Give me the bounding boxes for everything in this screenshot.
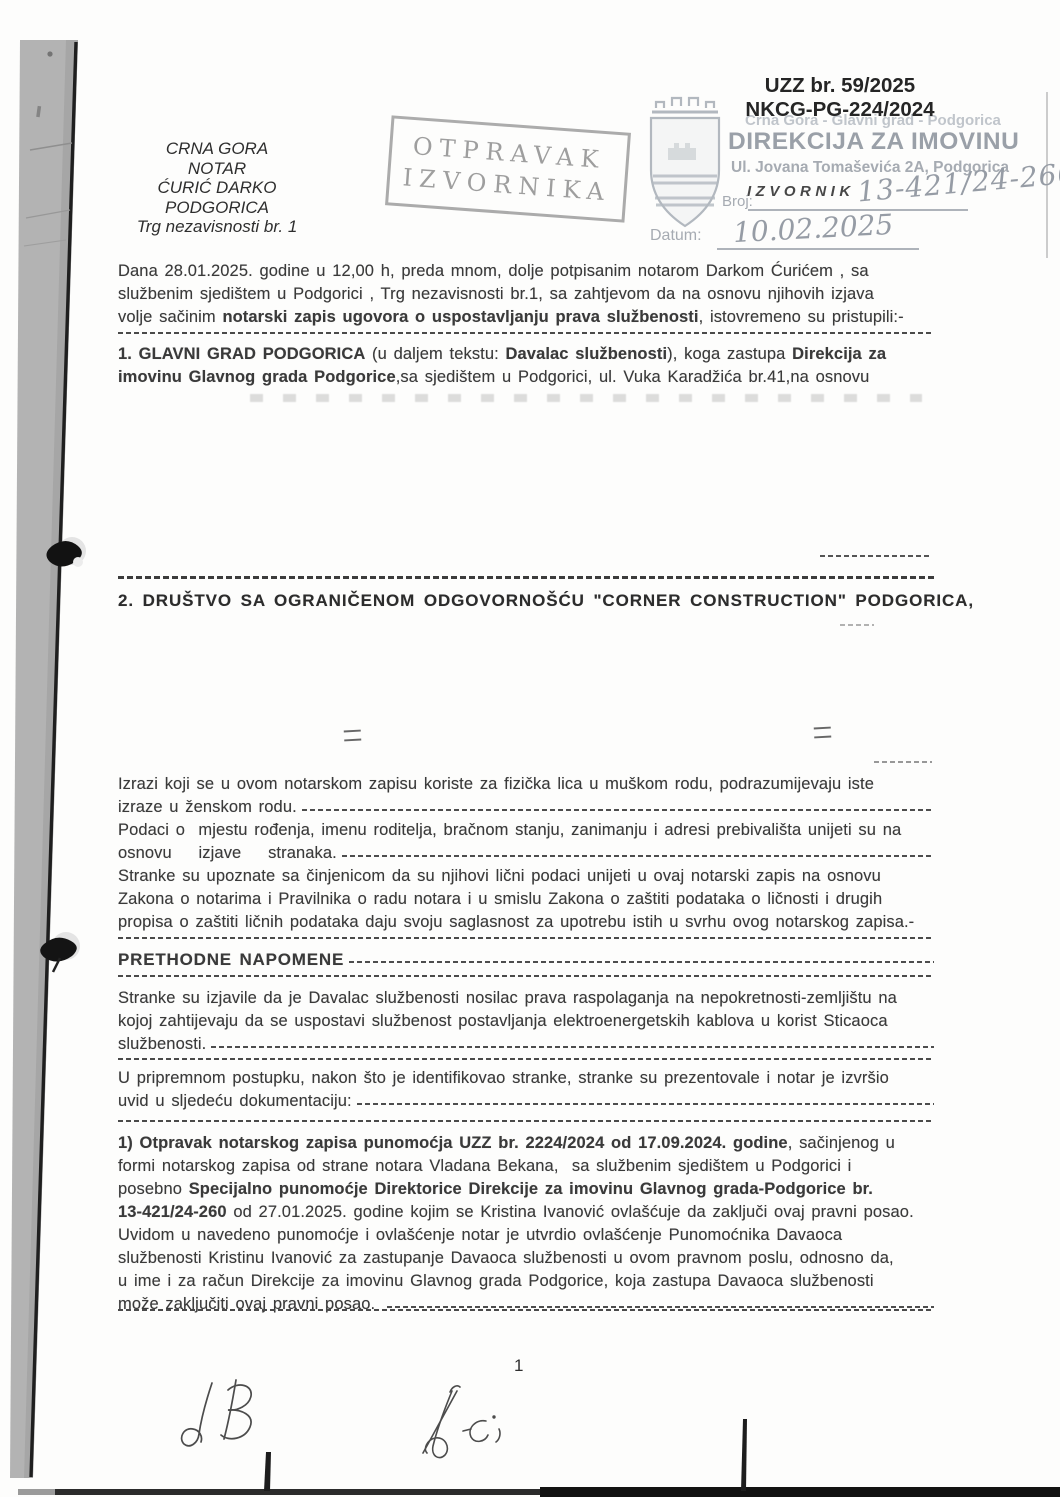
izrazi-line-1: Izrazi koji se u ovom notarskom zapisu k… bbox=[118, 773, 934, 796]
party1-line-2: imovinu Glavnog grada Podgorice,sa sjedi… bbox=[118, 366, 934, 389]
izrazi-line-2: izraze u ženskom rodu. bbox=[118, 796, 934, 819]
podaci-line-2: osnovu izjave stranaka. bbox=[118, 842, 934, 865]
party2-heading: 2. DRUŠTVO SA OGRANIČENOM ODGOVORNOŠĆU "… bbox=[118, 589, 934, 612]
dash-fill bbox=[387, 1306, 934, 1308]
nkcg-number: NKCG-PG-224/2024 bbox=[690, 98, 990, 122]
dok1-line-6: službenosti Kristinu Ivanović za zastupa… bbox=[118, 1247, 934, 1270]
binding-strip-graphic bbox=[10, 40, 78, 1478]
country-name: CRNA GORA bbox=[112, 139, 322, 159]
paragraph-licni-podaci: Stranke su upoznate sa činjenicom da su … bbox=[118, 865, 934, 934]
handwritten-paraph-dc bbox=[423, 1386, 500, 1458]
dok1-line-2: formi notarskog zapisa od strane notara … bbox=[118, 1155, 934, 1178]
podaci-line-2-text: osnovu izjave stranaka. bbox=[118, 842, 337, 865]
paragraph-party1: 1. GLAVNI GRAD PODGORICA (u daljem tekst… bbox=[118, 343, 934, 389]
licni-line-2: Zakona o notarima i Pravilnika o radu no… bbox=[118, 888, 934, 911]
licni-line-3: propisa o zaštiti ličnih podataka daju s… bbox=[118, 911, 934, 934]
dashed-separator-1 bbox=[118, 332, 934, 334]
podaci-line-1: Podaci o mjestu rođenja, imenu roditelja… bbox=[118, 819, 934, 842]
case-numbers-block: UZZ br. 59/2025 NKCG-PG-224/2024 bbox=[690, 74, 990, 122]
dash-fill bbox=[211, 1046, 934, 1048]
dashed-separator-6 bbox=[118, 1120, 934, 1122]
handwritten-initials-db bbox=[182, 1380, 252, 1446]
bottom-edge-bars bbox=[18, 1419, 1060, 1497]
party1-line-1: 1. GLAVNI GRAD PODGORICA (u daljem tekst… bbox=[118, 343, 934, 366]
dok1-line-8: može zaključiti ovaj pravni posao. bbox=[118, 1293, 934, 1316]
intro-line-1: Dana 28.01.2025. godine u 12,00 h, preda… bbox=[118, 260, 934, 283]
notary-title: NOTAR bbox=[112, 159, 322, 179]
otpravak-izvornika-stamp: OTPRAVAK IZVORNIKA bbox=[385, 115, 631, 222]
dok1-line-5: Uvidom u navedeno punomoćje i ovlašćenje… bbox=[118, 1224, 934, 1247]
intro-line-3: volje sačinim notarski zapis ugovora o u… bbox=[118, 306, 934, 329]
prethodne-heading-text: PRETHODNE NAPOMENE bbox=[118, 948, 344, 971]
dashed-separator-3 bbox=[118, 937, 934, 939]
paragraph-podaci: Podaci o mjestu rođenja, imenu roditelja… bbox=[118, 819, 934, 865]
page-number: 1 bbox=[514, 1356, 523, 1376]
heading-prethodne-napomene: PRETHODNE NAPOMENE bbox=[118, 948, 934, 971]
izjavile-line-1: Stranke su izjavile da je Davalac službe… bbox=[118, 987, 934, 1010]
datum-label: Datum: bbox=[650, 227, 702, 245]
dashed-separator-2 bbox=[118, 576, 934, 579]
licni-line-1: Stranke su upoznate sa činjenicom da su … bbox=[118, 865, 934, 888]
izrazi-line-2-text: izraze u ženskom rodu. bbox=[118, 796, 297, 819]
paragraph-izrazi: Izrazi koji se u ovom notarskom zapisu k… bbox=[118, 773, 934, 819]
faded-redacted-text-remnant bbox=[250, 394, 922, 402]
intro-line-2: službenim sjedištem u Podgorici , Trg ne… bbox=[118, 283, 934, 306]
scanned-notarial-document-page: CRNA GORA NOTAR ĆURIĆ DARKO PODGORICA Tr… bbox=[0, 0, 1060, 1497]
dok1-line-7: u ime i za račun Direkcije za imovinu Gl… bbox=[118, 1270, 934, 1293]
paragraph-intro: Dana 28.01.2025. godine u 12,00 h, preda… bbox=[118, 260, 934, 329]
dok1-line-8-text: može zaključiti ovaj pravni posao. bbox=[118, 1293, 382, 1316]
dashed-separator-5 bbox=[118, 1058, 934, 1060]
pripremni-line-2-text: uvid u sljedeću dokumentaciju: bbox=[118, 1090, 352, 1113]
dok1-line-1: 1) Otpravak notarskog zapisa punomoćja U… bbox=[118, 1132, 934, 1155]
notary-city: PODGORICA bbox=[112, 198, 322, 218]
short-dash-right-1 bbox=[820, 555, 932, 557]
stamp-title: DIREKCIJA ZA IMOVINU bbox=[728, 128, 1019, 156]
broj-label: Broj: bbox=[722, 193, 753, 210]
notary-header-block: CRNA GORA NOTAR ĆURIĆ DARKO PODGORICA Tr… bbox=[112, 139, 322, 237]
dashed-separator-7 bbox=[118, 1309, 934, 1311]
equals-artifact-left bbox=[344, 730, 362, 742]
pripremni-line-1: U pripremnom postupku, nakon što je iden… bbox=[118, 1067, 934, 1090]
izjavile-line-3: službenosti. bbox=[118, 1033, 934, 1056]
dash-fill bbox=[342, 855, 934, 857]
dash-fill bbox=[357, 1103, 934, 1105]
dok1-line-3: posebno Specijalno punomoćje Direktorice… bbox=[118, 1178, 934, 1201]
short-dash-right-2 bbox=[874, 761, 932, 763]
notary-address: Trg nezavisnosti br. 1 bbox=[112, 217, 322, 237]
uzz-number: UZZ br. 59/2025 bbox=[690, 74, 990, 98]
izvornik-label: IZVORNIK bbox=[747, 183, 855, 200]
faint-mark-1 bbox=[840, 624, 874, 626]
equals-artifact-right bbox=[814, 727, 832, 739]
izjavile-line-3-text: službenosti. bbox=[118, 1033, 206, 1056]
dok1-line-4: 13-421/24-260 od 27.01.2025. godine koji… bbox=[118, 1201, 934, 1224]
dash-fill bbox=[349, 961, 934, 963]
dash-fill bbox=[302, 809, 934, 811]
paragraph-dokument-1: 1) Otpravak notarskog zapisa punomoćja U… bbox=[118, 1132, 934, 1316]
dashed-separator-4 bbox=[118, 975, 934, 977]
paragraph-party2: 2. DRUŠTVO SA OGRANIČENOM ODGOVORNOŠĆU "… bbox=[118, 589, 934, 612]
paragraph-pripremni: U pripremnom postupku, nakon što je iden… bbox=[118, 1067, 934, 1113]
izjavile-line-2: kojoj zahtijevaju da se uspostavi službe… bbox=[118, 1010, 934, 1033]
notary-name: ĆURIĆ DARKO bbox=[112, 178, 322, 198]
pripremni-line-2: uvid u sljedeću dokumentaciju: bbox=[118, 1090, 934, 1113]
paragraph-izjavile: Stranke su izjavile da je Davalac službe… bbox=[118, 987, 934, 1056]
datum-handwritten-value: 10.02.2025 bbox=[732, 208, 894, 249]
